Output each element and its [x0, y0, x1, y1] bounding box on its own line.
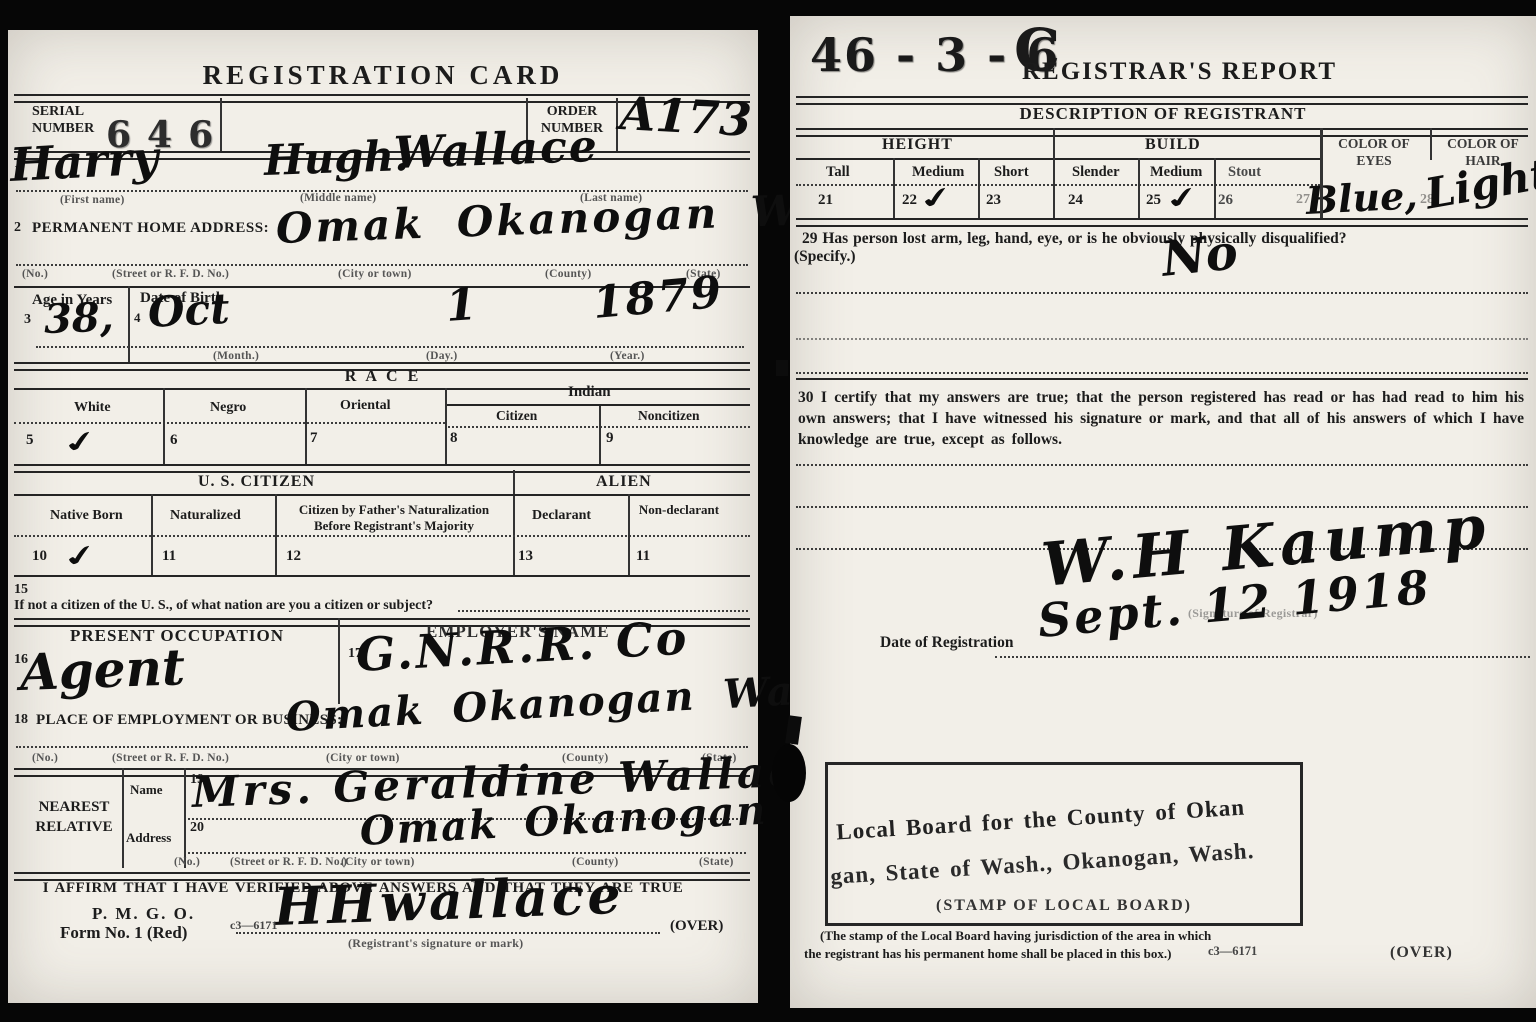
relative-state-sublabel: (State): [699, 856, 734, 868]
q29-text: 29 Has person lost arm, leg, hand, eye, …: [802, 230, 1347, 248]
race-box-9-number: 9: [606, 430, 614, 447]
item-number-15: 15: [14, 582, 28, 598]
print-code: c3—6171: [1208, 944, 1257, 959]
dotted-line: [796, 292, 1528, 294]
tall-label: Tall: [826, 164, 850, 181]
stamp-note-line1: (The stamp of the Local Board having jur…: [820, 928, 1211, 944]
dotted-line: [236, 932, 660, 934]
print-code: c3—6171: [230, 918, 277, 933]
over-label: (OVER): [670, 918, 723, 935]
over-label: (OVER): [1390, 944, 1453, 962]
dotted-line: [796, 338, 1528, 340]
rule: [796, 158, 1320, 160]
height-medium-label: Medium: [912, 164, 964, 181]
divider: [305, 388, 307, 464]
item-number-20: 20: [190, 820, 204, 836]
race-header: R A C E: [8, 368, 758, 386]
first-name-sublabel: (First name): [60, 194, 125, 206]
year-sublabel: (Year.): [610, 350, 645, 362]
divider: [628, 494, 630, 575]
stout-label: Stout: [1228, 164, 1261, 181]
dob-day-value: 1: [444, 283, 478, 329]
box-24-number: 24: [1068, 192, 1083, 209]
naturalized-label: Naturalized: [170, 508, 241, 524]
divider: [1214, 158, 1216, 218]
relative-city-sublabel: (City or town): [341, 856, 415, 868]
us-citizen-header: U. S. CITIZEN: [198, 473, 315, 491]
citizen-box-11-number: 11: [162, 548, 176, 565]
dotted-line: [796, 184, 1320, 186]
stamp-text-line1: Local Board for the County of Okan: [836, 795, 1246, 846]
build-header: BUILD: [1145, 136, 1201, 154]
stamp-of-local-board-label: (STAMP OF LOCAL BOARD): [828, 897, 1300, 915]
relative-name-label: Name: [130, 782, 163, 798]
serial-number-label: SERIALNUMBER: [32, 104, 94, 138]
non-declarant-label: Non-declarant: [636, 502, 722, 518]
pmgo-label: P. M. G. O.: [92, 904, 195, 924]
dotted-line: [16, 746, 748, 748]
citizen-box-12-number: 12: [286, 548, 301, 565]
registration-card: REGISTRATION CARD SERIALNUMBER 646 ORDER…: [8, 30, 758, 1003]
stamp-note-line2: the registrant has his permanent home sh…: [804, 946, 1171, 962]
citizen-box-13-number: 13: [518, 548, 533, 565]
race-box-7-number: 7: [310, 430, 318, 447]
address-street-sublabel: (Street or R. F. D. No.): [112, 268, 229, 280]
box-21-number: 21: [818, 192, 833, 209]
declarant-label: Declarant: [532, 508, 591, 524]
dob-month-value: Oct: [147, 288, 231, 334]
race-white-label: White: [74, 400, 111, 416]
divider: [616, 98, 618, 151]
race-indian-citizen-label: Citizen: [496, 408, 537, 424]
registration-date-label: Date of Registration: [880, 634, 1013, 652]
item-number-4: 4: [134, 310, 141, 326]
day-sublabel: (Day.): [426, 350, 458, 362]
divider: [1138, 158, 1140, 218]
divider: [445, 388, 447, 464]
divider: [1430, 128, 1432, 160]
checkmark-icon: ✔: [61, 426, 99, 459]
race-indian-noncitizen-label: Noncitizen: [638, 408, 700, 424]
divider: [184, 768, 186, 868]
q30-text: 30 I certify that my answers are true; t…: [798, 388, 1524, 451]
divider: [893, 158, 895, 218]
race-box-6-number: 6: [170, 432, 178, 449]
rule: [796, 378, 1528, 380]
address-city-sublabel: (City or town): [338, 268, 412, 280]
q15-text: If not a citizen of the U. S., of what n…: [14, 598, 433, 614]
divider: [513, 470, 515, 575]
citizen-box-14-number: 11: [636, 548, 650, 565]
divider: [122, 768, 124, 868]
employment-street-sublabel: (Street or R. F. D. No.): [112, 752, 229, 764]
rule: [14, 464, 750, 473]
relative-no-sublabel: (No.): [174, 856, 200, 868]
nearest-relative-label: NEAREST RELATIVE: [26, 798, 122, 837]
height-header: HEIGHT: [882, 136, 953, 154]
rule: [445, 404, 750, 406]
rule: [14, 575, 750, 577]
box-25-number: 25: [1146, 192, 1161, 209]
divider: [275, 494, 277, 575]
scanned-draft-cards: REGISTRATION CARD SERIALNUMBER 646 ORDER…: [0, 0, 1536, 1022]
middle-name-value: Hugh.: [263, 135, 409, 182]
q29-specify-label: (Specify.): [794, 248, 856, 266]
short-label: Short: [994, 164, 1029, 181]
card-title: REGISTRAR'S REPORT: [1022, 58, 1337, 86]
home-address-label: PERMANENT HOME ADDRESS:: [32, 220, 269, 237]
dotted-line: [995, 656, 1530, 658]
checkmark-icon: ✔: [61, 540, 99, 573]
employment-no-sublabel: (No.): [32, 752, 58, 764]
description-header: DESCRIPTION OF REGISTRANT: [790, 104, 1536, 124]
address-no-sublabel: (No.): [22, 268, 48, 280]
divider: [599, 406, 601, 464]
order-number-value: A173: [619, 90, 753, 143]
occupation-value: Agent: [19, 642, 186, 698]
box-26-number: 26: [1218, 192, 1233, 209]
rule: [14, 494, 750, 496]
divider: [1053, 128, 1055, 218]
race-oriental-label: Oriental: [340, 398, 391, 414]
dotted-line: [188, 852, 746, 854]
race-negro-label: Negro: [210, 400, 246, 416]
slender-label: Slender: [1072, 164, 1120, 181]
box-23-number: 23: [986, 192, 1001, 209]
race-box-8-number: 8: [450, 430, 458, 447]
dotted-line: [458, 610, 748, 612]
dotted-line: [796, 464, 1528, 466]
local-board-stamp-box: Local Board for the County of Okan gan, …: [825, 762, 1303, 926]
item-number-2: 2: [14, 220, 21, 236]
dotted-line: [445, 426, 750, 428]
build-medium-label: Medium: [1150, 164, 1202, 181]
address-county-sublabel: (County): [545, 268, 592, 280]
relative-street-sublabel: (Street or R. F. D. No.): [230, 856, 347, 868]
divider: [978, 158, 980, 218]
dotted-line: [14, 422, 445, 424]
scan-mark: [776, 360, 788, 376]
month-sublabel: (Month.): [213, 350, 259, 362]
divider: [163, 388, 165, 464]
checkmark-icon: ✔: [1163, 182, 1201, 215]
citizen-by-father-label: Citizen by Father's Naturalization Befor…: [280, 502, 508, 533]
item-number-3: 3: [24, 312, 31, 328]
registrant-signature-sublabel: (Registrant's signature or mark): [348, 936, 523, 951]
race-indian-label: Indian: [568, 384, 611, 401]
citizen-box-10-number: 10: [32, 548, 47, 565]
age-value: 38,: [43, 298, 114, 340]
dotted-line: [36, 346, 744, 348]
dotted-line: [16, 264, 748, 266]
registrant-signature: HHwallace: [273, 870, 625, 934]
form-number-label: Form No. 1 (Red): [60, 923, 187, 943]
first-name-value: Harry: [9, 134, 160, 188]
divider: [151, 494, 153, 575]
color-of-eyes-label: COLOR OF EYES: [1322, 136, 1426, 170]
alien-header: ALIEN: [596, 473, 652, 491]
divider: [1320, 128, 1323, 218]
rule: [796, 218, 1528, 227]
native-born-label: Native Born: [50, 508, 123, 524]
registrars-report-card: 46 - 3 - 6 C REGISTRAR'S REPORT DESCRIPT…: [790, 16, 1536, 1008]
dotted-line: [796, 372, 1528, 374]
last-name-value: Wallace: [393, 125, 599, 176]
divider: [128, 286, 130, 364]
relative-address-label: Address: [126, 830, 171, 846]
punch-hole-blob: [772, 744, 806, 802]
rule: [14, 388, 750, 390]
item-number-18: 18: [14, 712, 28, 728]
q29-answer: No: [1159, 228, 1239, 284]
box-22-number: 22: [902, 192, 917, 209]
race-box-5-number: 5: [26, 432, 34, 449]
dotted-line: [14, 535, 750, 537]
stamp-text-line2: gan, State of Wash., Okanogan, Wash.: [830, 838, 1255, 890]
checkmark-icon: ✔: [917, 182, 955, 215]
dob-year-value: 1879: [591, 271, 725, 326]
